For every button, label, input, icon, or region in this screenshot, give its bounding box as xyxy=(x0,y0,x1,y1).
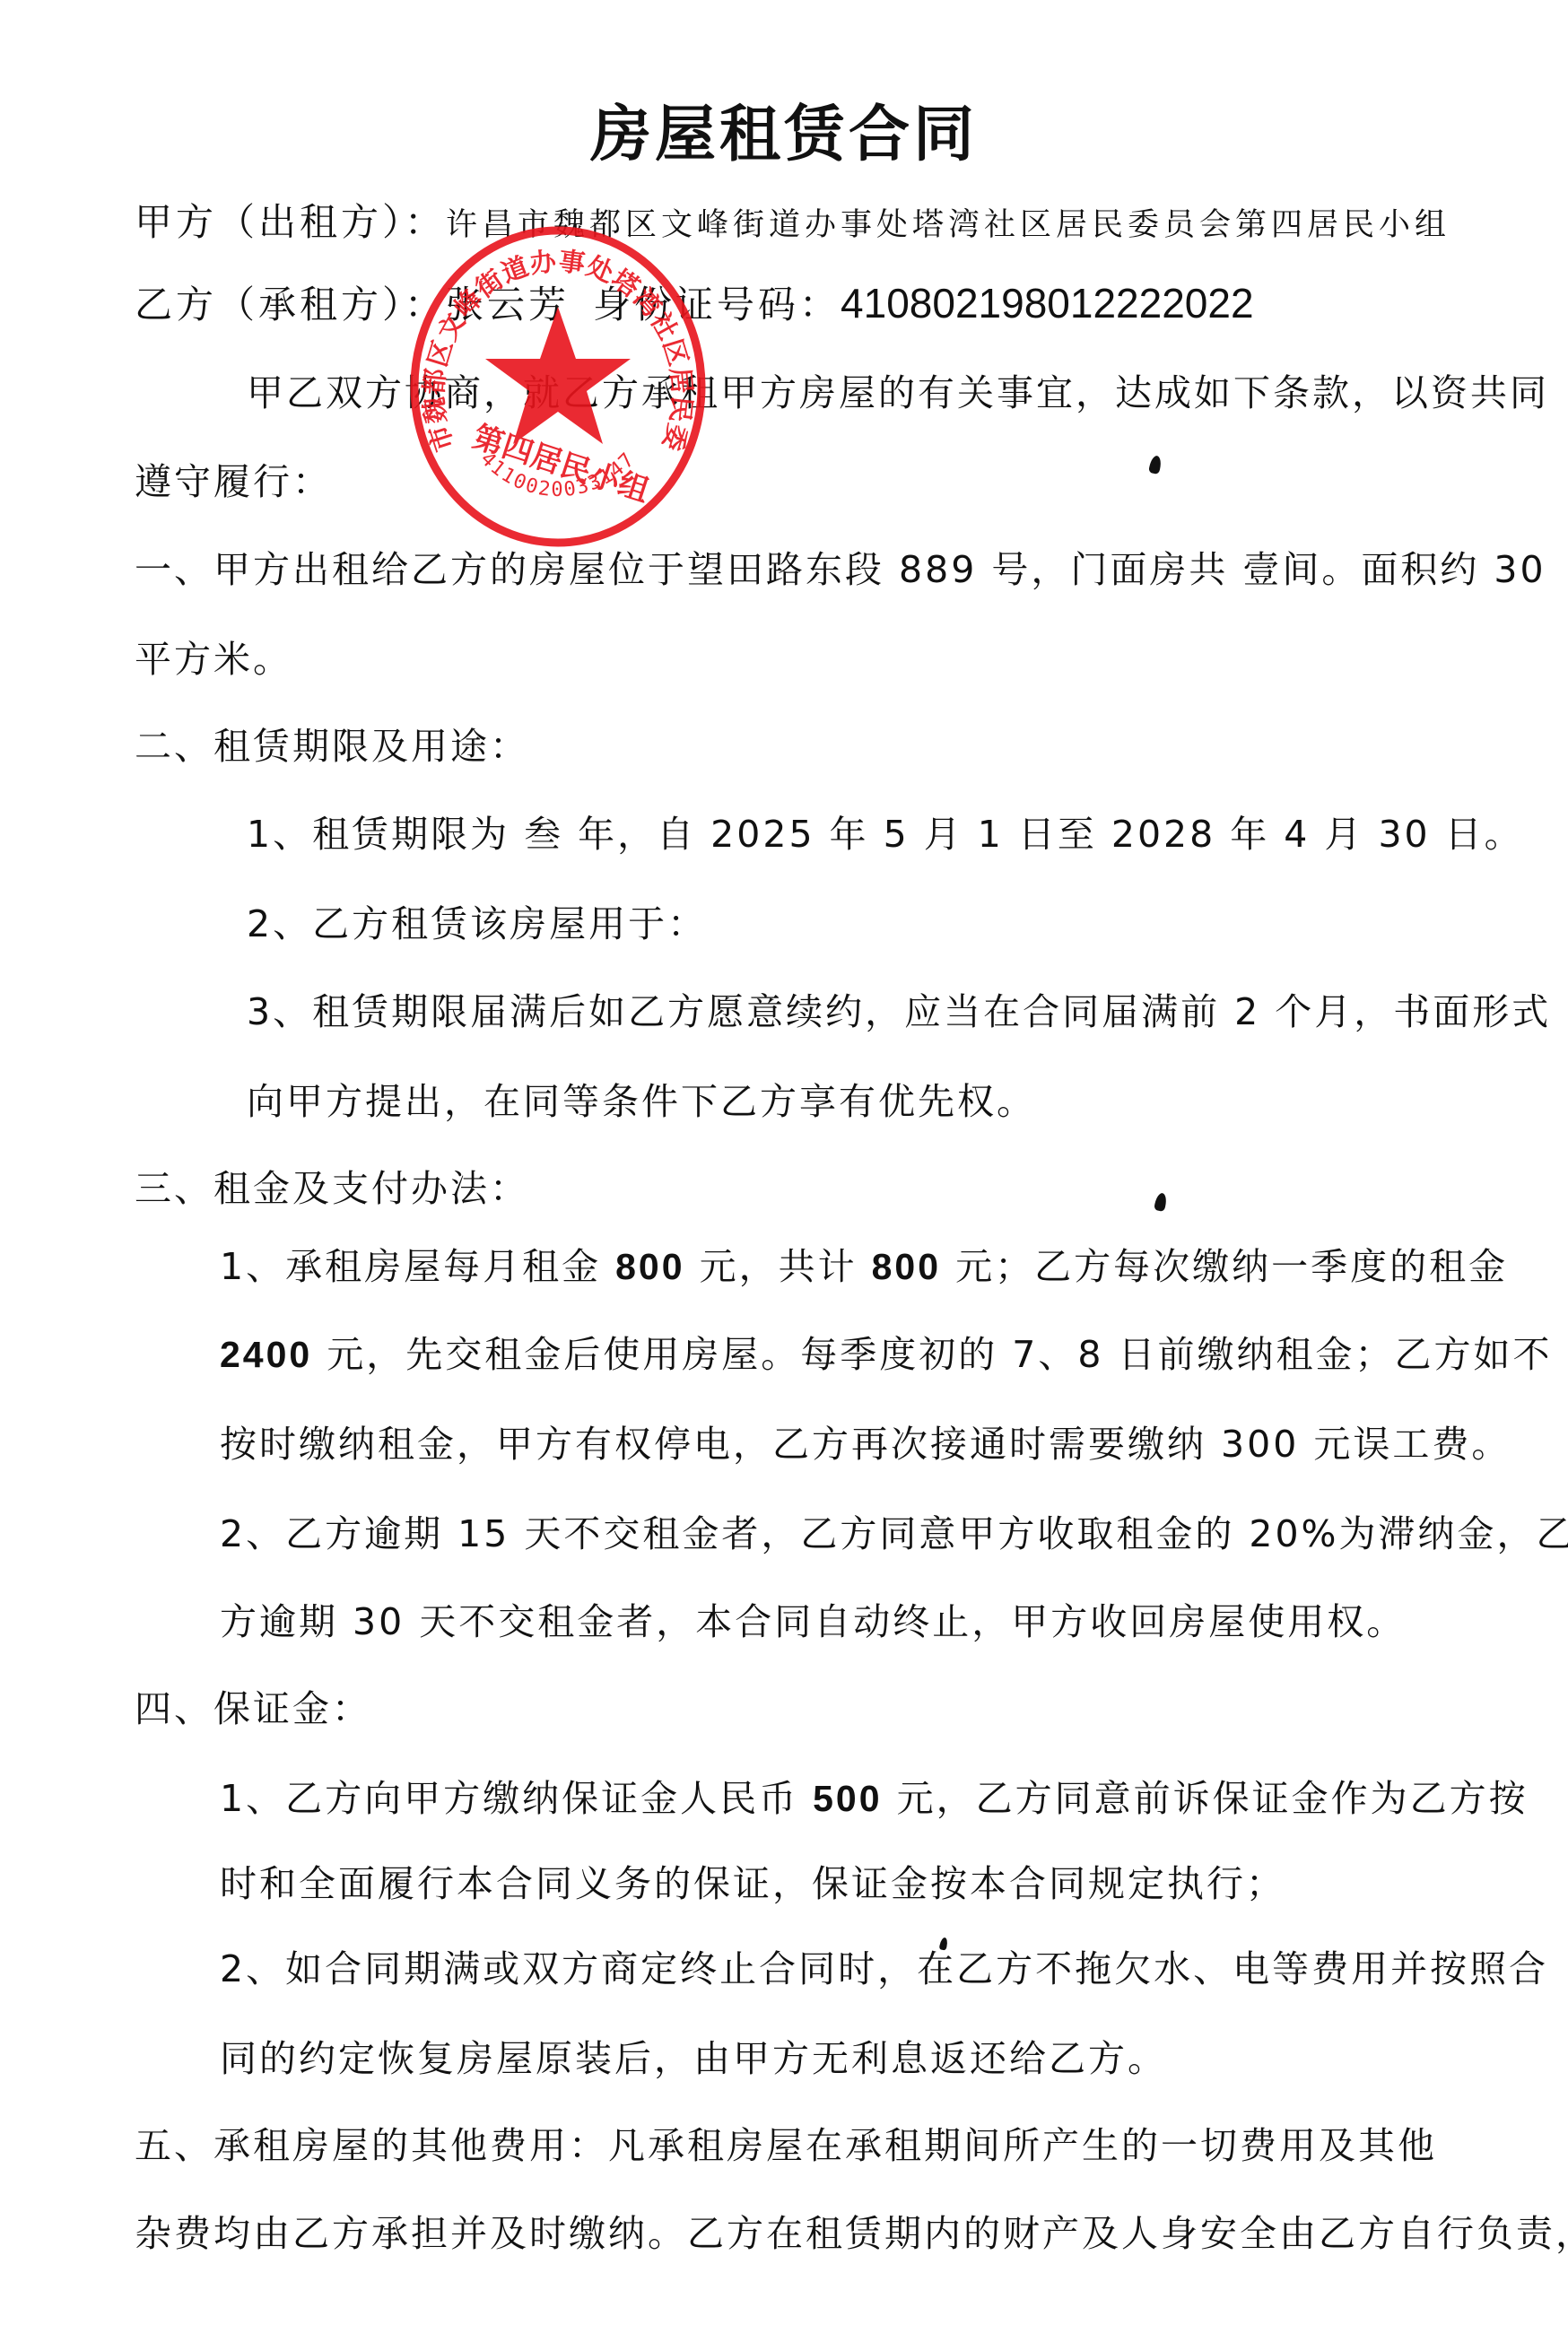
section-3-item-1-line-2: 2400 元，先交租金后使用房屋。每季度初的 7、8 日前缴纳租金；乙方如不 xyxy=(220,1331,1553,1378)
seal-code: 4110020033147 xyxy=(475,448,640,501)
section-3-item-2-line-1: 2、乙方逾期 15 天不交租金者，乙方同意甲方收取租金的 20%为滞纳金，乙 xyxy=(220,1511,1568,1557)
text-segment: 元，共计 xyxy=(685,1245,872,1288)
section-4-item-1-line-1: 1、乙方向甲方缴纳保证金人民币 500 元，乙方同意前诉保证金作为乙方按 xyxy=(220,1775,1529,1822)
ink-blot xyxy=(1154,1192,1168,1212)
party-b-label: 乙方（承租方）： xyxy=(135,283,446,327)
quarterly-rent-value: 2400 xyxy=(220,1334,312,1375)
text-segment: 1、承租房屋每月租金 xyxy=(220,1245,615,1288)
preamble-line-1: 甲乙双方协商，就乙方承租甲方房屋的有关事宜，达成如下条款，以资共同 xyxy=(247,370,1549,416)
text-segment: 元；乙方每次缴纳一季度的租金 xyxy=(941,1245,1508,1288)
section-2-item-3-line-2: 向甲方提出，在同等条件下乙方享有优先权。 xyxy=(247,1078,1036,1125)
seal-outer-text: 许昌市魏都区文峰街道办事处塔湾社区居民委员会 xyxy=(408,224,698,456)
party-b-id-label: 身份证号码： xyxy=(593,283,841,327)
party-b-name: 张云芳 xyxy=(446,283,570,327)
svg-text:许昌市魏都区文峰街道办事处塔湾社区居民委员会: 许昌市魏都区文峰街道办事处塔湾社区居民委员会 xyxy=(408,224,698,456)
section-3-item-1-line-1: 1、承租房屋每月租金 800 元，共计 800 元；乙方每次缴纳一季度的租金 xyxy=(220,1243,1508,1290)
section-2-item-2: 2、乙方租赁该房屋用于： xyxy=(247,901,707,947)
contract-page: 房屋租赁合同 甲方（出租方）：许昌市魏都区文峰街道办事处塔湾社区居民委员会第四居… xyxy=(0,0,1568,2325)
total-rent-value: 800 xyxy=(872,1246,941,1287)
seal-inner-text: 第四居民小组 xyxy=(468,419,653,509)
section-5-line-1: 五、承租房屋的其他费用：凡承租房屋在承租期间所产生的一切费用及其他 xyxy=(135,2122,1437,2169)
section-3-item-1-line-3: 按时缴纳租金，甲方有权停电，乙方再次接通时需要缴纳 300 元误工费。 xyxy=(220,1421,1511,1467)
section-2-heading: 二、租赁期限及用途： xyxy=(135,723,529,770)
party-a-value: 许昌市魏都区文峰街道办事处塔湾社区居民委员会第四居民小组 xyxy=(446,207,1450,243)
text-segment: 1、乙方向甲方缴纳保证金人民币 xyxy=(220,1777,813,1820)
section-2-item-3-line-1: 3、租赁期限届满后如乙方愿意续约，应当在合同届满前 2 个月，书面形式 xyxy=(247,988,1551,1035)
section-2-item-1: 1、租赁期限为 叁 年，自 2025 年 5 月 1 日至 2028 年 4 月… xyxy=(247,811,1524,858)
ink-blot xyxy=(1148,455,1163,475)
section-1-line-1: 一、甲方出租给乙方的房屋位于望田路东段 889 号，门面房共 壹间。面积约 30 xyxy=(135,546,1546,593)
party-b-id-number: 410802198012222022 xyxy=(841,280,1254,327)
section-4-item-2-line-1: 2、如合同期满或双方商定终止合同时，在乙方不拖欠水、电等费用并按照合 xyxy=(220,1946,1548,1992)
document-title: 房屋租赁合同 xyxy=(0,97,1568,172)
section-1-line-2: 平方米。 xyxy=(135,636,292,683)
deposit-value: 500 xyxy=(813,1778,882,1819)
party-b-line: 乙方（承租方）：张云芳身份证号码：410802198012222022 xyxy=(135,280,1254,328)
preamble-line-2: 遵守履行： xyxy=(135,458,332,505)
section-4-item-1-line-2: 时和全面履行本合同义务的保证，保证金按本合同规定执行； xyxy=(220,1860,1285,1907)
party-a-line: 甲方（出租方）：许昌市魏都区文峰街道办事处塔湾社区居民委员会第四居民小组 xyxy=(135,199,1450,248)
section-3-heading: 三、租金及支付办法： xyxy=(135,1165,529,1212)
svg-text:4110020033147: 4110020033147 xyxy=(475,448,640,501)
text-segment: 元，先交租金后使用房屋。每季度初的 7、8 日前缴纳租金；乙方如不 xyxy=(312,1333,1552,1376)
section-3-item-2-line-2: 方逾期 30 天不交租金者，本合同自动终止，甲方收回房屋使用权。 xyxy=(220,1598,1406,1645)
monthly-rent-value: 800 xyxy=(615,1246,684,1287)
section-5-line-2: 杂费均由乙方承担并及时缴纳。乙方在租赁期内的财产及人身安全由乙方自行负责， xyxy=(135,2210,1568,2257)
section-4-item-2-line-2: 同的约定恢复房屋原装后，由甲方无利息返还给乙方。 xyxy=(220,2035,1167,2082)
section-4-heading: 四、保证金： xyxy=(135,1685,371,1732)
text-segment: 元，乙方同意前诉保证金作为乙方按 xyxy=(883,1777,1529,1820)
party-a-label: 甲方（出租方）： xyxy=(135,200,446,244)
